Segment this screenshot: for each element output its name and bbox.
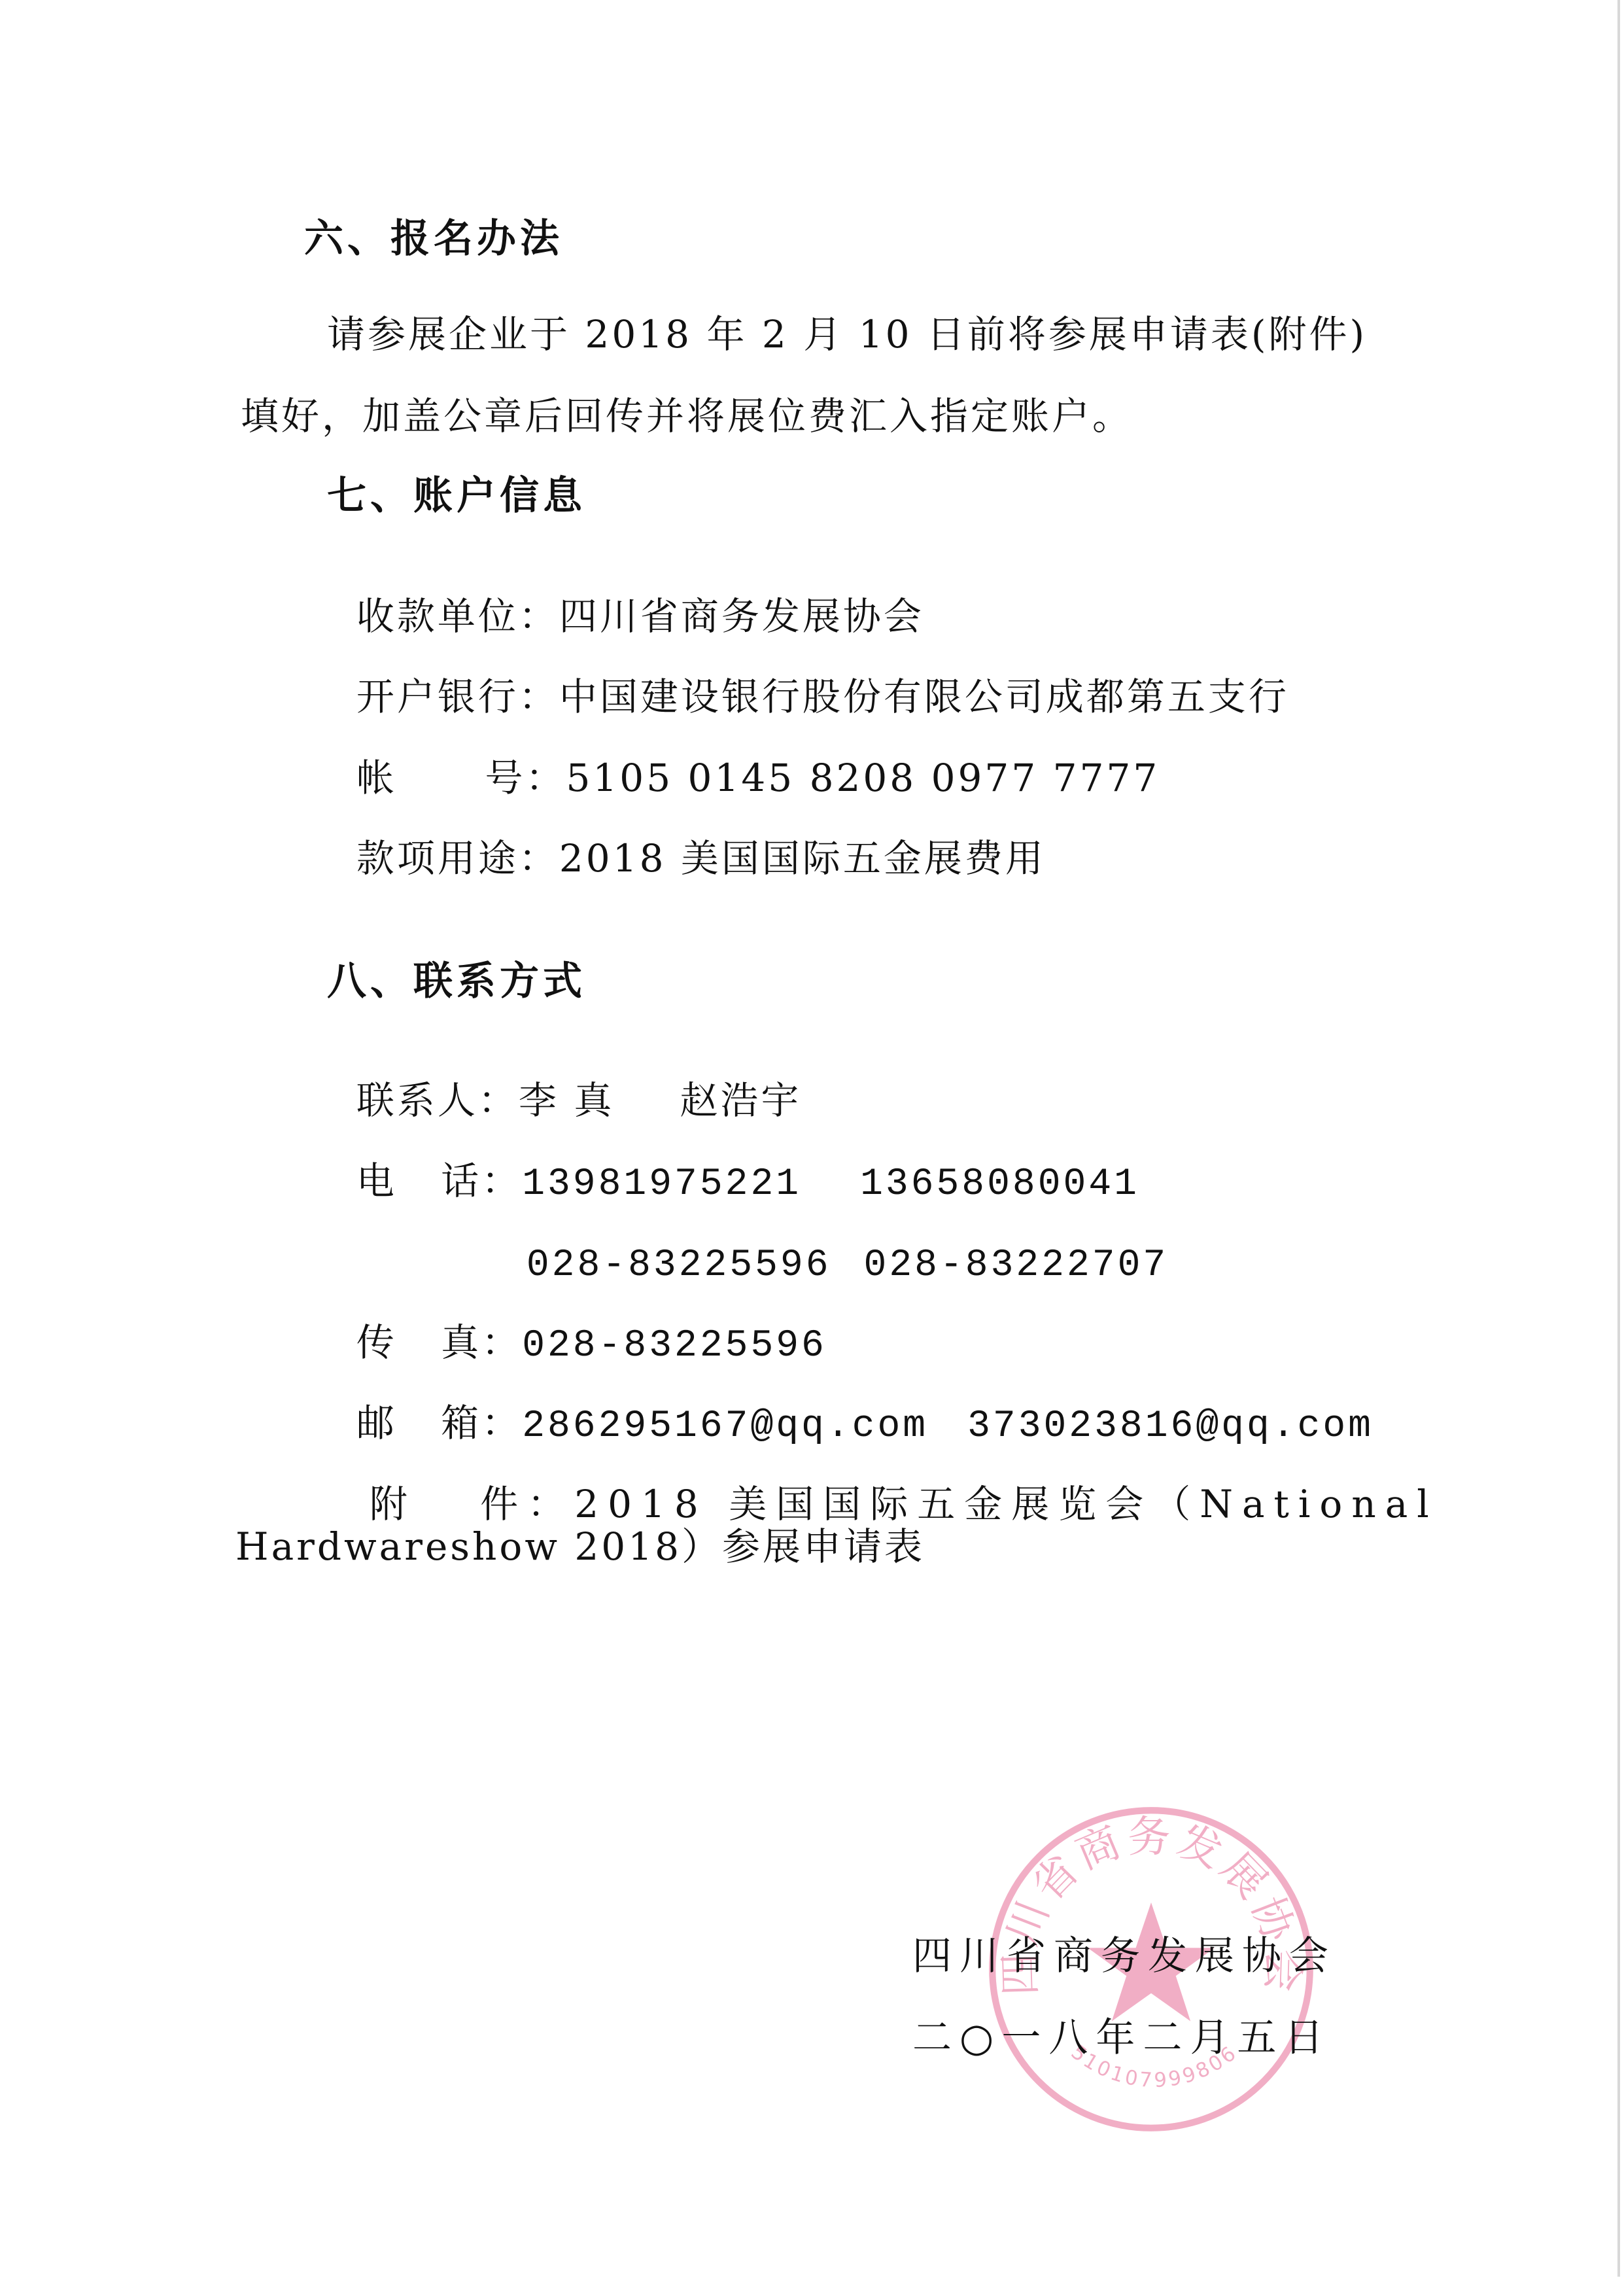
registration-paragraph-line2: 填好，加盖公章后回传并将展位费汇入指定账户。 (241, 397, 1133, 435)
attachment-label: 附 件： (370, 1482, 574, 1526)
signature-organization: 四川省商务发展协会 (912, 1936, 1336, 1976)
phone-row-landline: 028-83225596028-83222707 (497, 1205, 1168, 1285)
fax-number: 028-83225596 (522, 1325, 827, 1367)
account-label: 开户银行： (356, 674, 559, 719)
account-value: 四川省商务发展协会 (559, 594, 924, 639)
account-row-purpose: 款项用途：2018 美国国际五金展费用 (327, 801, 1046, 877)
account-label: 款项用途： (356, 836, 559, 881)
phone-number: 028-83222707 (864, 1244, 1169, 1287)
contact-persons-row: 联系人：李 真赵浩宇 (327, 1043, 801, 1119)
section-heading-account: 七、账户信息 (327, 476, 586, 516)
attachment-text-line2: Hardwareshow 2018）参展申请表 (235, 1528, 925, 1566)
account-row-payee: 收款单位：四川省商务发展协会 (327, 559, 924, 635)
email-label: 邮 箱： (356, 1401, 522, 1445)
account-row-bank: 开户银行：中国建设银行股份有限公司成都第五支行 (327, 640, 1289, 716)
fax-label: 传 真： (356, 1320, 522, 1365)
account-label: 帐 号： (356, 756, 566, 800)
contact-person-name: 李 真 (519, 1078, 614, 1123)
account-row-number: 帐 号：5105 0145 8208 0977 7777 (327, 721, 1160, 797)
phone-number: 13658080041 (860, 1163, 1139, 1206)
section-heading-registration: 六、报名办法 (304, 219, 563, 258)
phone-label: 电 话： (356, 1159, 522, 1203)
contact-person-name: 赵浩宇 (680, 1078, 801, 1123)
attachment-text-line1: 2018 美国国际五金展览会（National (574, 1482, 1438, 1526)
email-address: 286295167@qq.com (522, 1405, 928, 1448)
phone-number: 028-83225596 (527, 1244, 831, 1287)
email-row: 邮 箱：286295167@qq.com373023816@qq.com (327, 1366, 1373, 1446)
signature-date: 二○一八年二月五日 (912, 2018, 1331, 2058)
contact-person-label: 联系人： (356, 1078, 519, 1123)
email-address: 373023816@qq.com (967, 1405, 1373, 1448)
phone-number: 13981975221 (522, 1163, 801, 1206)
attachment-row: 附 件：2018 美国国际五金展览会（National (327, 1447, 1438, 1523)
fax-row: 传 真：028-83225596 (327, 1286, 827, 1365)
account-value: 中国建设银行股份有限公司成都第五支行 (559, 674, 1289, 719)
registration-paragraph-line1: 请参展企业于 2018 年 2 月 10 日前将参展申请表(附件) (327, 315, 1367, 353)
account-value: 5105 0145 8208 0977 7777 (566, 756, 1160, 800)
account-value: 2018 美国国际五金展费用 (559, 836, 1046, 881)
account-label: 收款单位： (356, 594, 559, 639)
section-heading-contact: 八、联系方式 (327, 962, 586, 1001)
phone-row-mobile: 电 话：1398197522113658080041 (327, 1124, 1139, 1204)
page-edge (1617, 0, 1620, 2277)
